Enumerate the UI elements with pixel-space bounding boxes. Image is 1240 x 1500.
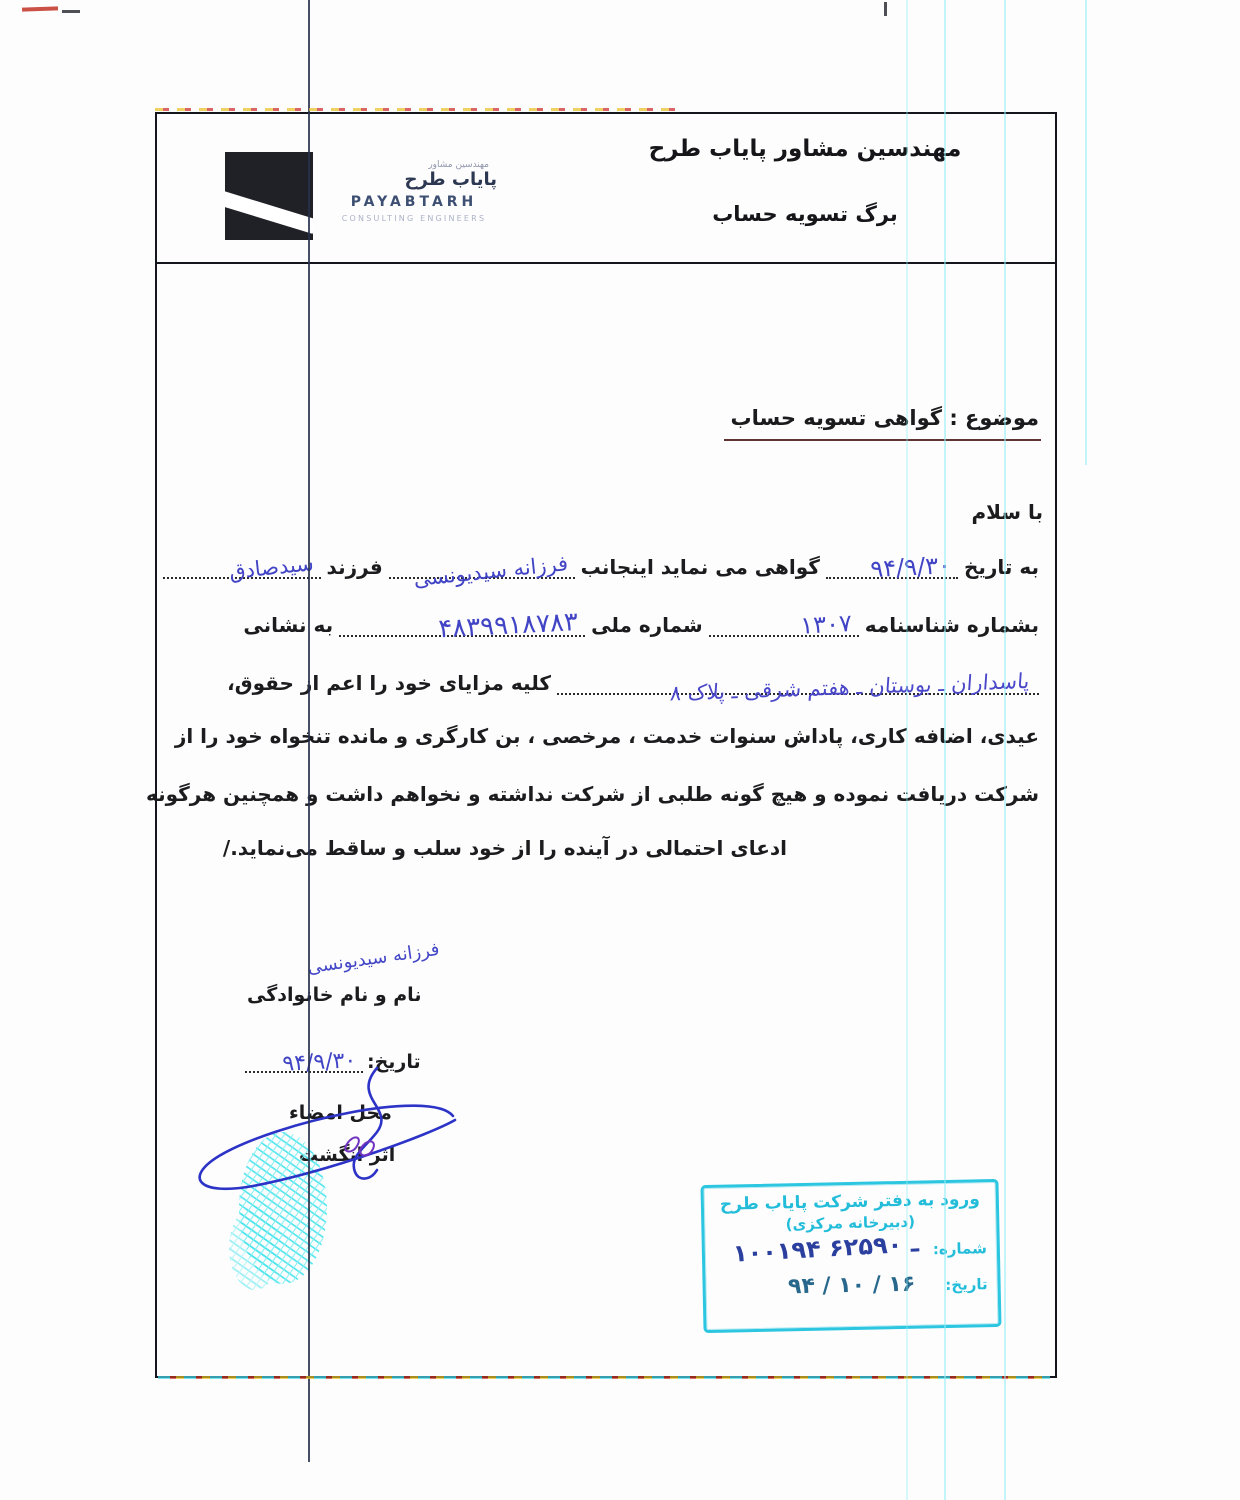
scan-mark <box>884 2 887 16</box>
scan-streak <box>1004 0 1006 1500</box>
printed-text: فرزند <box>327 555 383 579</box>
signature-ink-stroke <box>181 1064 481 1224</box>
logo-diagonal-stripe-icon <box>225 189 313 234</box>
printed-text: به تاریخ <box>964 555 1039 579</box>
letter-sheet: مهندسین مشاور پایاب طرح PAYABTARH CONSUL… <box>155 112 1057 1378</box>
stamp-date-label: تاریخ: <box>945 1275 988 1294</box>
printed-text: گواهی می نماید اینجانب <box>581 555 820 579</box>
name-blank: فرزانه سیدیونسی <box>389 550 575 579</box>
logo-latin-name: PAYABTARH <box>325 194 503 210</box>
printed-text: شماره ملی <box>591 613 703 637</box>
printed-text: به نشانی <box>243 613 333 637</box>
letterhead-titles: مهندسین مشاور پایاب طرح برگ تسویه حساب <box>611 136 999 226</box>
subject-line: موضوع : گواهی تسویه حساب <box>724 406 1041 441</box>
handwritten-address: پاسداران ـ بوستان ـ هفتم شرقی ـ پلاک ۸ <box>670 669 1031 706</box>
logo-latin-subtitle: CONSULTING ENGINEERS <box>325 214 503 223</box>
body-line-1: به تاریخ ۹۴/۹/۳۰ گواهی می نماید اینجانب … <box>203 550 1039 579</box>
stamp-date-handwritten: ۹۴ / ۱۰ / ۱۶ <box>788 1271 916 1299</box>
printed-text: کلیه مزایای خود را اعم از حقوق، <box>227 671 551 695</box>
body-line-3: پاسداران ـ بوستان ـ هفتم شرقی ـ پلاک ۸ ک… <box>203 666 1039 695</box>
form-title: برگ تسویه حساب <box>611 202 999 226</box>
father-name-blank: سیدصادق <box>163 550 321 579</box>
scan-streak <box>906 0 908 1500</box>
stamp-number-handwritten: ۱۰۰۱۹۴ ـ ۶۲۵۹۰ <box>732 1229 919 1267</box>
full-name-label: نام و نام خانوادگی <box>247 984 421 1006</box>
scan-mark <box>22 6 58 11</box>
paper-fold-line <box>308 0 310 1462</box>
handwritten-signature-name: فرزانه سیدیونسی <box>306 939 441 978</box>
handwritten-father-name: سیدصادق <box>228 551 315 584</box>
stamp-date-row: تاریخ: ۹۴ / ۱۰ / ۱۶ <box>705 1267 998 1307</box>
body-line-4: عیدی، اضافه کاری، پاداش سنوات خدمت ، مرخ… <box>203 724 1039 748</box>
id-number-blank: ۱۳۰۷ <box>709 608 859 637</box>
company-logo-text: مهندسین مشاور پایاب طرح PAYABTARH CONSUL… <box>325 160 503 223</box>
national-id-blank: ۴۸۳۹۹۱۸۷۸۳ <box>339 608 585 637</box>
scan-streak <box>944 0 946 1500</box>
printed-text: عیدی، اضافه کاری، پاداش سنوات خدمت ، مرخ… <box>175 724 1039 748</box>
body-line-2: بشماره شناسنامه ۱۳۰۷ شماره ملی ۴۸۳۹۹۱۸۷۸… <box>203 608 1039 637</box>
logo-fa-name: پایاب طرح <box>325 170 503 191</box>
date-blank: ۹۴/۹/۳۰ <box>826 550 958 579</box>
body-line-5: شرکت دریافت نموده و هیچ گونه طلبی از شرک… <box>203 782 1039 806</box>
organization-title: مهندسین مشاور پایاب طرح <box>611 136 999 162</box>
scan-mark <box>62 10 80 13</box>
handwritten-national-id: ۴۸۳۹۹۱۸۷۸۳ <box>438 607 579 644</box>
handwritten-id-number: ۱۳۰۷ <box>800 609 853 640</box>
handwritten-date: ۹۴/۹/۳۰ <box>870 551 952 583</box>
scan-color-fringe <box>155 108 675 111</box>
letterhead: مهندسین مشاور پایاب طرح PAYABTARH CONSUL… <box>157 114 1055 264</box>
stamp-number-label: شماره: <box>933 1239 987 1258</box>
address-blank: پاسداران ـ بوستان ـ هفتم شرقی ـ پلاک ۸ <box>557 666 1039 695</box>
stamp-number-row: شماره: ۱۰۰۱۹۴ ـ ۶۲۵۹۰ <box>705 1231 998 1271</box>
company-logo-mark <box>225 152 313 240</box>
scan-color-fringe <box>158 1376 1050 1379</box>
scanned-settlement-letter: { "header": { "org_title": "مهندسین مشاو… <box>0 0 1240 1500</box>
salutation: با سلام <box>972 500 1044 524</box>
registry-stamp: ورود به دفتر شرکت پایاب طرح (دبیرخانه مر… <box>700 1179 1001 1333</box>
handwritten-name: فرزانه سیدیونسی <box>412 551 569 591</box>
scan-streak <box>1085 0 1087 465</box>
printed-text: بشماره شناسنامه <box>865 613 1039 637</box>
